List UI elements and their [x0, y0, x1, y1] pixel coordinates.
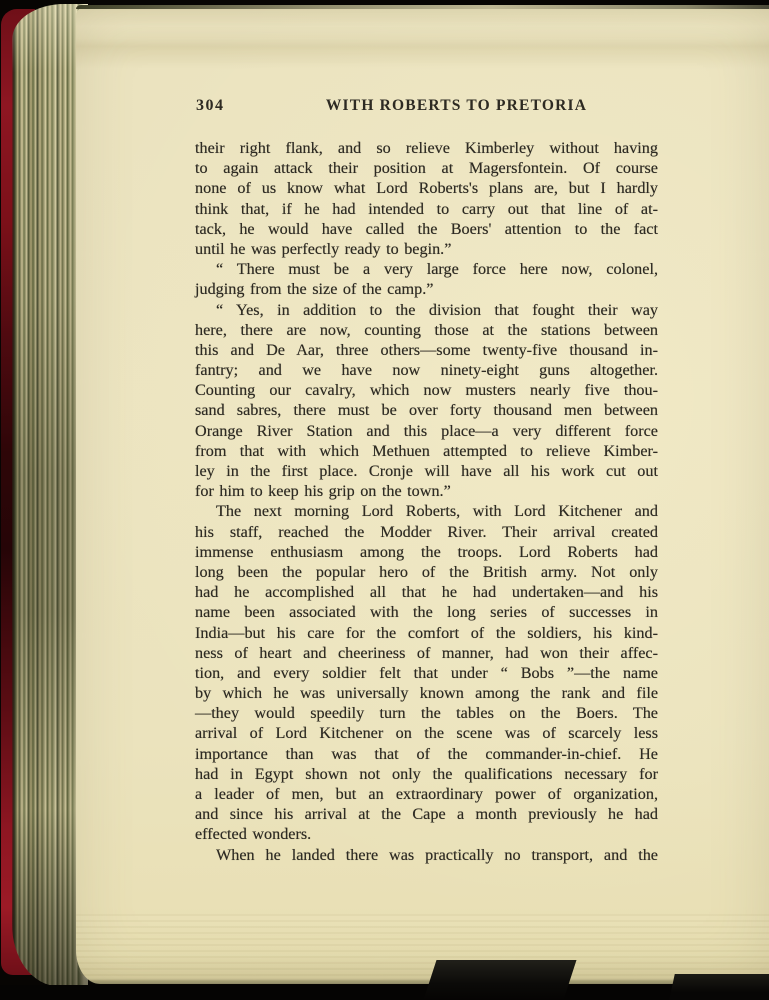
- text-line: Orange River Station and this place—a ve…: [195, 421, 658, 441]
- text-line: name been associated with the long serie…: [195, 602, 658, 622]
- text-line: tack, he would have called the Boers' at…: [195, 219, 658, 239]
- text-line: “ There must be a very large force here …: [195, 259, 658, 279]
- text-line: and since his arrival at the Cape a mont…: [195, 804, 658, 824]
- text-line: this and De Aar, three others—some twent…: [195, 340, 658, 360]
- text-line: had in Egypt shown not only the qualific…: [195, 764, 658, 784]
- text-line: by which he was universally known among …: [195, 683, 658, 703]
- text-line: ley in the first place. Cronje will have…: [195, 461, 658, 481]
- text-line: judging from the size of the camp.”: [195, 279, 658, 299]
- desk-surface: [0, 985, 769, 1000]
- text-line: until he was perfectly ready to begin.”: [195, 239, 658, 259]
- text-line: fantry; and we have now ninety-eight gun…: [195, 360, 658, 380]
- book-page: 304 WITH ROBERTS TO PRETORIA their right…: [76, 5, 769, 984]
- text-line: a leader of men, but an extraordinary po…: [195, 784, 658, 804]
- text-line: arrival of Lord Kitchener on the scene w…: [195, 723, 658, 743]
- text-line: for him to keep his grip on the town.”: [195, 481, 658, 501]
- text-line: here, there are now, counting those at t…: [195, 320, 658, 340]
- page-text-block: their right flank, and so relieve Kimber…: [195, 138, 658, 865]
- text-line: “ Yes, in addition to the division that …: [195, 300, 658, 320]
- text-line: from that with which Methuen attempted t…: [195, 441, 658, 461]
- running-title: WITH ROBERTS TO PRETORIA: [255, 95, 658, 117]
- text-line: When he landed there was practically no …: [195, 845, 658, 865]
- text-line: importance than was that of the commande…: [195, 744, 658, 764]
- text-line: think that, if he had intended to carry …: [195, 199, 658, 219]
- text-line: ness of heart and cheeriness of manner, …: [195, 643, 658, 663]
- desk-object-shadow: [424, 960, 577, 1000]
- text-line: their right flank, and so relieve Kimber…: [195, 138, 658, 158]
- text-line: to again attack their position at Magers…: [195, 158, 658, 178]
- desk-object-shadow: [669, 974, 769, 1000]
- text-line: sand sabres, there must be over forty th…: [195, 400, 658, 420]
- text-line: The next morning Lord Roberts, with Lord…: [195, 501, 658, 521]
- book-photo-scene: 304 WITH ROBERTS TO PRETORIA their right…: [0, 0, 769, 1000]
- text-line: had he accomplished all that he had unde…: [195, 582, 658, 602]
- text-line: effected wonders.: [195, 824, 658, 844]
- text-line: long been the popular hero of the Britis…: [195, 562, 658, 582]
- text-line: India—but his care for the comfort of th…: [195, 623, 658, 643]
- text-line: immense enthusiasm among the troops. Lor…: [195, 542, 658, 562]
- text-line: his staff, reached the Modder River. The…: [195, 522, 658, 542]
- page-header: 304 WITH ROBERTS TO PRETORIA: [195, 95, 658, 117]
- text-line: Counting our cavalry, which now musters …: [195, 380, 658, 400]
- text-line: none of us know what Lord Roberts's plan…: [195, 178, 658, 198]
- page-number: 304: [196, 95, 225, 117]
- text-line: tion, and every soldier felt that under …: [195, 663, 658, 683]
- text-line: —they would speedily turn the tables on …: [195, 703, 658, 723]
